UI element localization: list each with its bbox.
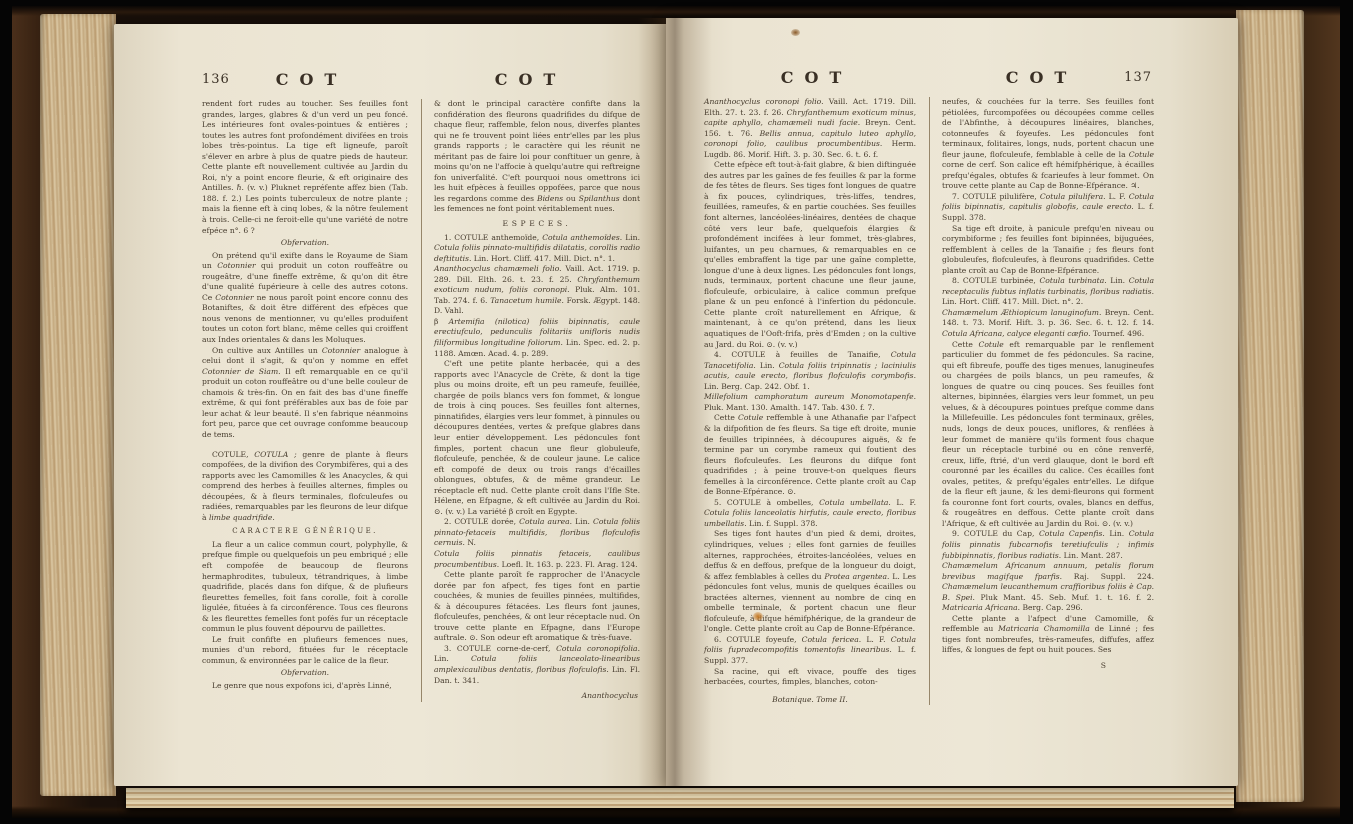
text-column-2: & dont le principal caractère confifte d…: [421, 99, 640, 702]
paragraph: On prétend qu'il exifte dans le Royaume …: [202, 251, 408, 346]
paragraph: 1. COTULE anthemoïde, Cotula anthemoïdes…: [434, 233, 640, 265]
paragraph: & dont le principal caractère confifte d…: [434, 99, 640, 215]
paragraph: 7. COTULE pilulifère, Cotula pilulifera.…: [942, 192, 1154, 224]
paragraph: 3. COTULE corne-de-cerf, Cotula coronopi…: [434, 644, 640, 686]
left-page: 136 COT COT rendent fort rudes au touche…: [114, 24, 666, 786]
paragraph: Cotula foliis pinnatis fetaceis, caulibu…: [434, 549, 640, 570]
paragraph: Cette plante paroît fe rapprocher de l'A…: [434, 570, 640, 644]
paragraph: On cultive aux Antilles un Cotonnier ana…: [202, 346, 408, 441]
paragraph: Ses tiges font hautes d'un pied & demi, …: [704, 529, 916, 634]
paragraph: Cette Cotule eft remarquable par le renf…: [942, 340, 1154, 530]
paragraph: C'eft une petite plante herbacée, qui a …: [434, 359, 640, 517]
fore-edge-left: [40, 14, 116, 796]
signature-mark: S: [942, 661, 1154, 672]
paragraph: 5. COTULE à ombelles, Cotula umbellata. …: [704, 498, 916, 530]
paragraph: Sa tige eft droite, à panicule prefqu'en…: [942, 224, 1154, 277]
paragraph: Sa racine, qui eft vivace, pouffe des ti…: [704, 667, 916, 688]
paragraph: Chamæmelum Æthiopicum lanuginofum. Breyn…: [942, 308, 1154, 340]
observation-heading: Obfervation.: [202, 238, 408, 249]
paragraph: 6. COTULE foyeufe, Cotula fericea. L. F.…: [704, 635, 916, 667]
right-page-header: COT COT 137: [704, 68, 1154, 87]
tome-footer: Botanique. Tome II.: [704, 695, 916, 706]
page-number-137: 137: [1124, 70, 1152, 85]
left-page-header: 136 COT COT: [202, 70, 640, 89]
running-head: COT: [421, 70, 640, 89]
paragraph: Cette efpèce eft tout-à-fait glabre, & b…: [704, 160, 916, 350]
paragraph: 4. COTULE à feuilles de Tanaifie, Cotula…: [704, 350, 916, 392]
photo-of-open-book: 136 COT COT rendent fort rudes au touche…: [0, 0, 1353, 824]
running-head: COT: [202, 70, 421, 89]
paragraph: Chamæmelum Africanum annuum, petalis flo…: [942, 561, 1154, 614]
right-page: COT COT 137 Ananthocyclus coronopi folio…: [666, 18, 1238, 786]
paragraph: Le genre que nous expofons ici, d'après …: [202, 681, 408, 692]
paragraph: Ananthocyclus chamæmeli folio. Vaill. Ac…: [434, 264, 640, 317]
text-column-3: Ananthocyclus coronopi folio. Vaill. Act…: [704, 97, 916, 705]
paragraph: Le fruit confifte en plufieurs femences …: [202, 635, 408, 667]
paragraph: Cette Cotule reffemble à une Athanafie p…: [704, 413, 916, 497]
paragraph: β Artemifia (nilotica) foliis bipinnatis…: [434, 317, 640, 359]
paragraph: neufes, & couchées fur la terre. Ses feu…: [942, 97, 1154, 192]
paragraph: Ananthocyclus coronopi folio. Vaill. Act…: [704, 97, 916, 160]
running-head: COT: [929, 68, 1154, 87]
running-head: COT: [704, 68, 929, 87]
paragraph: rendent fort rudes au toucher. Ses feuil…: [202, 99, 408, 236]
species-heading: ESPECES.: [434, 219, 640, 230]
page-number-136: 136: [202, 72, 230, 87]
genus-entry: COTULE, COTULA ; genre de plante à fleur…: [202, 450, 408, 524]
text-column-1: rendent fort rudes au toucher. Ses feuil…: [202, 99, 408, 702]
catchword: Ananthocyclus: [434, 691, 640, 702]
section-heading: CARACTERE GÉNÉRIQUE.: [202, 526, 408, 537]
fore-edge-right: [1236, 10, 1304, 802]
text-column-4: neufes, & couchées fur la terre. Ses feu…: [929, 97, 1154, 705]
paragraph: 9. COTULE du Cap, Cotula Capenfis. Lin. …: [942, 529, 1154, 561]
paragraph: 8. COTULE turbinée, Cotula turbinata. Li…: [942, 276, 1154, 308]
observation-heading: Obfervation.: [202, 668, 408, 679]
paragraph: Millefolium camphoratum aureum Monomotap…: [704, 392, 916, 413]
paragraph: Cette plante a l'afpect d'une Camomille,…: [942, 614, 1154, 656]
bottom-page-edges: [126, 788, 1234, 808]
paragraph: 2. COTULE dorée, Cotula aurea. Lin. Cotu…: [434, 517, 640, 549]
paragraph: La fleur a un calice commun court, polyp…: [202, 540, 408, 635]
